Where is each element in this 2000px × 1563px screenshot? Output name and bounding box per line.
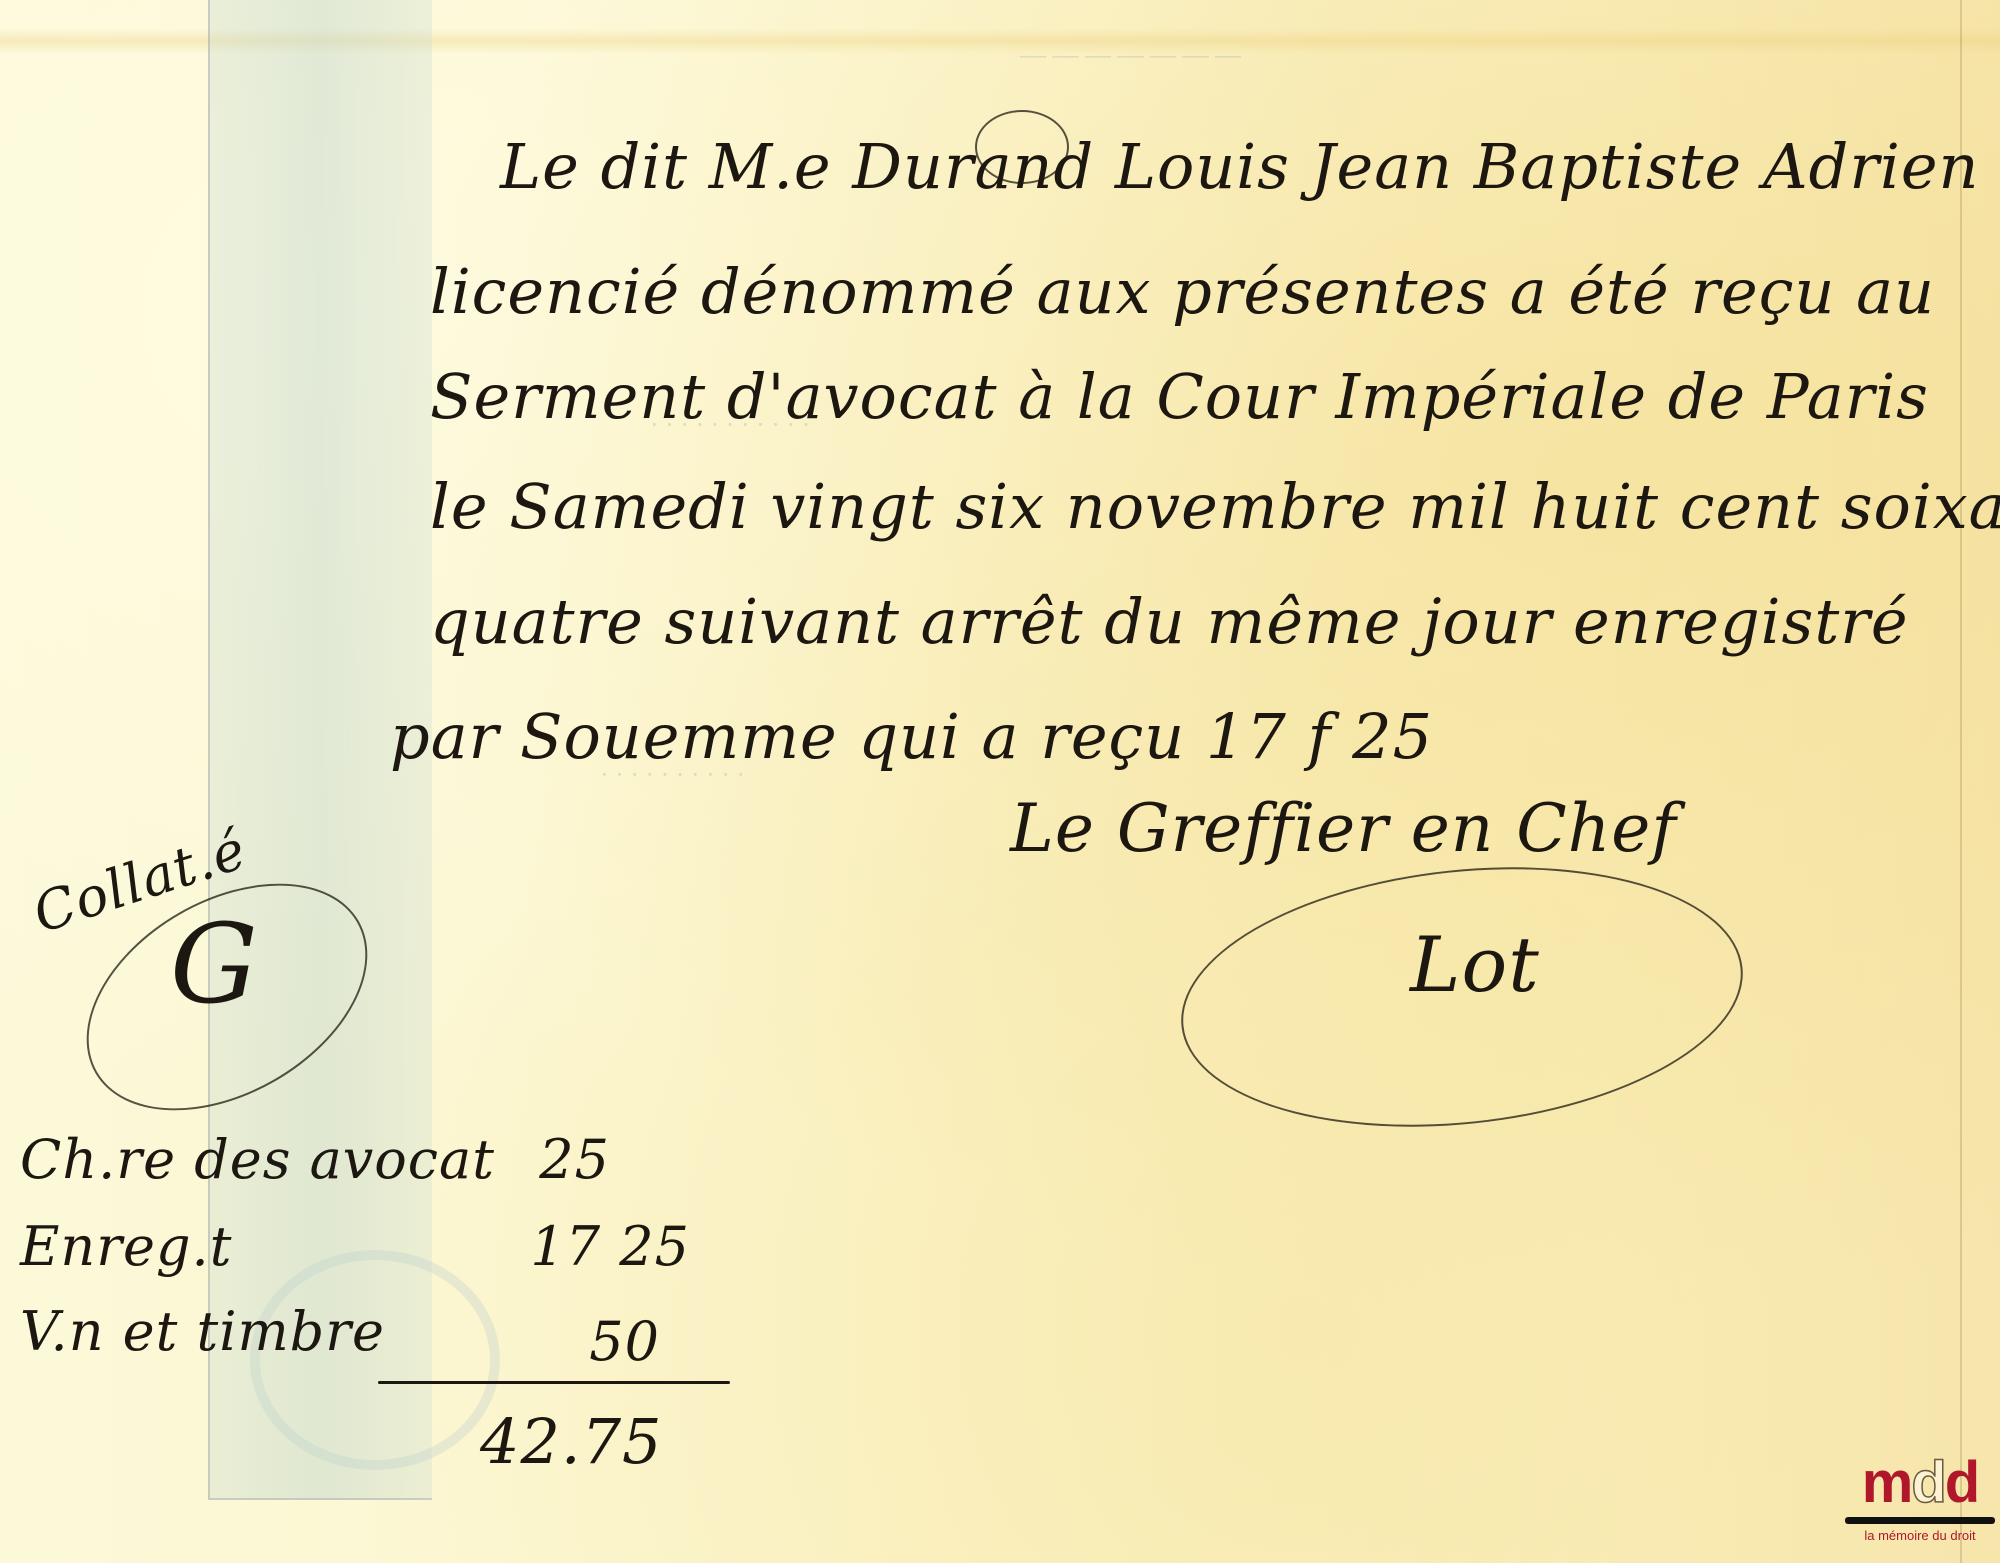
body-line-4: le Samedi vingt six novembre mil huit ce… [430, 470, 2000, 543]
fee-label-3: V.n et timbre [20, 1300, 385, 1363]
body-line-3: Serment d'avocat à la Cour Impériale de … [430, 360, 1929, 433]
fee-amount-3: 50 [500, 1310, 660, 1373]
logo-tagline: la mémoire du droit [1840, 1528, 2000, 1543]
signature-name: Lot [1410, 920, 1540, 1009]
fee-amount-1: 25 [450, 1128, 610, 1191]
body-line-5: quatre suivant arrêt du même jour enregi… [430, 585, 1909, 658]
bleed-through-print: — — — — — — — [1020, 40, 1241, 70]
body-line-6: par Souemme qui a reçu 17 f 25 [390, 700, 1433, 773]
fee-label-2: Enreg.t [20, 1215, 232, 1278]
page-edge [1960, 0, 1962, 1563]
fee-amount-2: 17 25 [530, 1215, 690, 1278]
logo-bar [1845, 1517, 1995, 1524]
fee-total: 42.75 [480, 1405, 640, 1478]
logo-letter-d: d [1945, 1450, 1978, 1515]
collation-initials: G [170, 900, 259, 1028]
body-line-1: Le dit M.e Durand Louis Jean Baptiste Ad… [500, 130, 1979, 203]
mdd-logo: mdd la mémoire du droit [1840, 1455, 2000, 1563]
signature-title: Le Greffier en Chef [1010, 790, 1677, 867]
logo-letter-m: m [1862, 1450, 1912, 1515]
logo-letter-d-outline: d [1911, 1450, 1944, 1515]
total-rule [378, 1381, 730, 1384]
durand-flourish [975, 110, 1069, 184]
logo-mark: mdd [1840, 1455, 2000, 1511]
body-line-2: licencié dénommé aux présentes a été reç… [430, 255, 1935, 328]
fee-label-1: Ch.re des avocat [20, 1128, 495, 1191]
